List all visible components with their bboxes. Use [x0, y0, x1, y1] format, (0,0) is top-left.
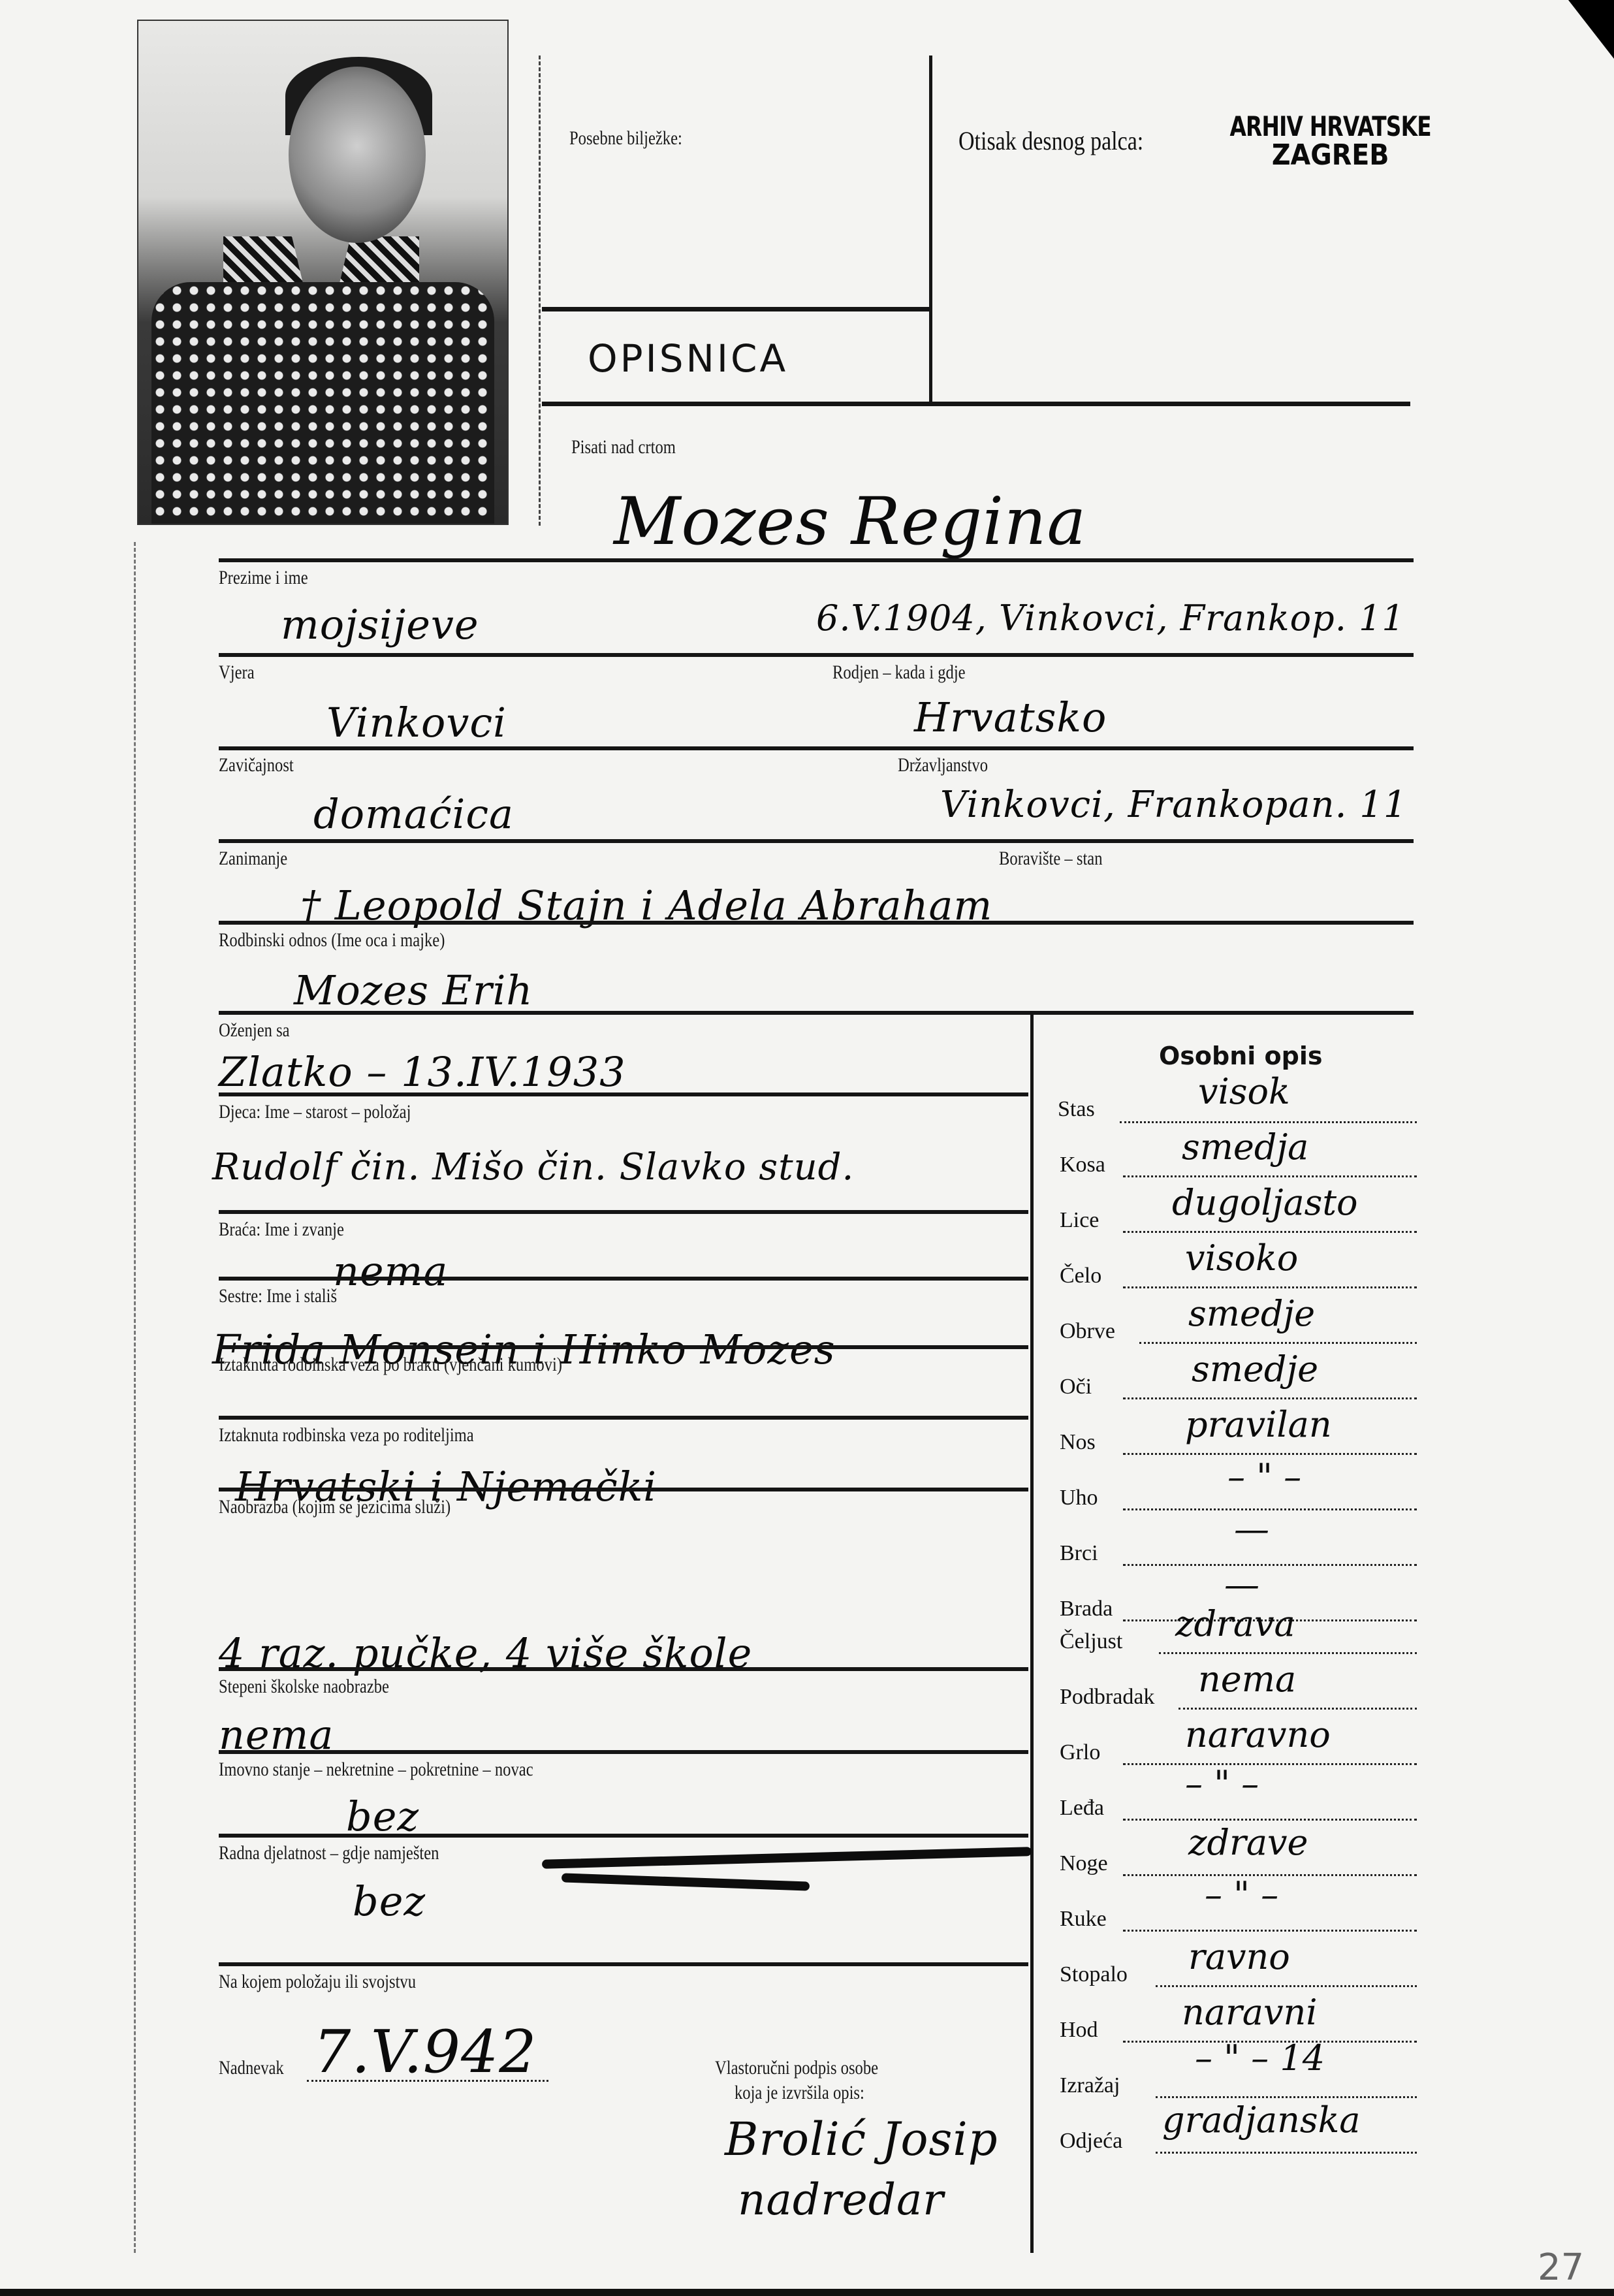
pd-dotted-line — [1159, 1652, 1417, 1654]
pd-value: — — [1234, 1508, 1269, 1550]
photo-dress — [151, 282, 494, 524]
rule — [219, 1962, 1028, 1966]
date-value: 7.V.942 — [313, 2018, 537, 2086]
pd-value: zdrava — [1175, 1603, 1295, 1644]
pd-dotted-line — [1156, 1985, 1417, 1987]
children-value: Zlatko – 13.IV.1933 — [219, 1048, 626, 1096]
occupation-value: domaćica — [313, 790, 514, 838]
signature-value-line2: nadredar — [738, 2175, 944, 2225]
document-title: OPISNICA — [588, 336, 788, 381]
pd-label: Noge — [1060, 1851, 1108, 1876]
pd-label: Ruke — [1060, 1907, 1107, 1932]
pd-value: ravno — [1188, 1936, 1290, 1977]
pd-dotted-line — [1156, 2152, 1417, 2154]
pd-value: smedja — [1182, 1126, 1308, 1168]
school-levels-label: Stepeni školske naobrazbe — [219, 1676, 389, 1698]
religion-value: mojsijeve — [281, 601, 479, 648]
rule — [219, 1011, 1414, 1015]
photo-box-border — [539, 56, 541, 526]
pd-label: Kosa — [1060, 1153, 1105, 1177]
pd-dotted-line — [1123, 1453, 1417, 1455]
pd-value: – " – — [1185, 1763, 1259, 1804]
pd-value: smedje — [1188, 1293, 1315, 1334]
notes-label: Posebne bilježke: — [569, 127, 682, 150]
pd-label: Obrve — [1060, 1319, 1115, 1344]
married-to-value: Mozes Erih — [294, 966, 533, 1014]
pd-value: nema — [1198, 1659, 1296, 1700]
rule — [219, 921, 1414, 925]
relation-parents-label: Iztaknuta rodbinska veza po roditeljima — [219, 1424, 474, 1446]
domicile-value: Vinkovci — [326, 699, 507, 746]
struck-out-text — [542, 1847, 1032, 1869]
rule — [219, 1667, 1028, 1671]
page-left-border — [134, 542, 136, 2253]
rule — [219, 1277, 1028, 1281]
property-label: Imovno stanje – nekretnine – pokretnine … — [219, 1759, 533, 1781]
pd-label: Uho — [1060, 1486, 1098, 1510]
thumbprint-label: Otisak desnog palca: — [958, 125, 1143, 156]
pd-value: zdrave — [1188, 1822, 1308, 1863]
header-divider — [929, 56, 932, 402]
children-label: Djeca: Ime – starost – položaj — [219, 1101, 411, 1123]
rule — [219, 1210, 1028, 1214]
rule — [219, 746, 1414, 750]
pd-dotted-line — [1139, 1342, 1417, 1344]
pd-dotted-line — [1123, 1819, 1417, 1821]
signature-label-line2: koja je izvršila opis: — [735, 2082, 864, 2104]
pd-label: Stopalo — [1060, 1962, 1128, 1987]
personal-description-divider — [1030, 1012, 1034, 2253]
born-label: Rodjen – kada i gdje — [832, 662, 966, 684]
pd-value: smedje — [1192, 1348, 1318, 1390]
residence-label: Boravište – stan — [999, 848, 1103, 870]
title-bottom-rule — [542, 402, 1410, 406]
pd-label: Lice — [1060, 1208, 1099, 1233]
pd-label: Hod — [1060, 2018, 1098, 2043]
pd-label: Izražaj — [1060, 2073, 1120, 2098]
education-languages-label: Naobrazba (kojim se jezicima služi) — [219, 1496, 451, 1518]
signature-label-line1: Vlastoručni podpis osobe — [715, 2057, 878, 2079]
pd-dotted-line — [1120, 1121, 1417, 1123]
rule — [219, 653, 1414, 657]
pd-value: gradjanska — [1162, 2099, 1361, 2141]
pd-label: Čeljust — [1060, 1629, 1122, 1654]
personal-description-heading: Osobni opis — [1159, 1042, 1323, 1070]
residence-value: Vinkovci, Frankopan. 11 — [940, 784, 1407, 826]
rule — [219, 839, 1414, 843]
pd-label: Leđa — [1060, 1796, 1104, 1821]
pd-label: Nos — [1060, 1430, 1096, 1455]
archive-stamp: ARHIV HRVATSKE ZAGREB — [1201, 112, 1459, 170]
pd-dotted-line — [1123, 1231, 1417, 1233]
stamp-line2: ZAGREB — [1214, 141, 1447, 170]
pd-label: Oči — [1060, 1375, 1092, 1399]
pd-dotted-line — [1179, 1708, 1417, 1710]
born-value: 6.V.1904, Vinkovci, Frankop. 11 — [816, 598, 1405, 639]
pd-value: naravno — [1185, 1714, 1331, 1755]
pd-value: – " – — [1227, 1456, 1301, 1497]
married-to-label: Oženjen sa — [219, 1019, 290, 1042]
occupation-label: Zanimanje — [219, 848, 287, 870]
religion-label: Vjera — [219, 662, 255, 684]
citizenship-label: Državljanstvo — [898, 754, 988, 776]
scan-corner — [1568, 0, 1614, 59]
pd-value: – " – — [1205, 1874, 1278, 1915]
brothers-label: Braća: Ime i zvanje — [219, 1219, 344, 1241]
surname-name-value: Mozes Regina — [614, 483, 1086, 560]
write-above-line-note: Pisati nad crtom — [571, 436, 676, 458]
work-label: Radna djelatnost – gdje namješten — [219, 1842, 439, 1864]
pd-value: visok — [1198, 1071, 1290, 1112]
pd-value: – " – 14 — [1195, 2037, 1325, 2079]
rule — [219, 1092, 1028, 1096]
pd-dotted-line — [1123, 1286, 1417, 1288]
pd-value: visoko — [1185, 1237, 1298, 1279]
notes-bottom-rule — [542, 307, 930, 311]
pd-label: Čelo — [1060, 1264, 1101, 1288]
rule — [219, 1750, 1028, 1754]
page-number: 27 — [1538, 2246, 1584, 2289]
pd-label: Stas — [1058, 1097, 1095, 1122]
pd-dotted-line — [1156, 2096, 1417, 2098]
pd-dotted-line — [1123, 1763, 1417, 1765]
surname-name-label: Prezime i ime — [219, 567, 308, 589]
pd-value: pravilan — [1185, 1404, 1332, 1445]
rule — [219, 1488, 1028, 1491]
scan-bottom-edge — [0, 2289, 1614, 2296]
signature-value-line1: Brolić Josip — [725, 2113, 998, 2166]
struck-out-text — [562, 1873, 810, 1890]
brothers-value: Rudolf čin. Mišo čin. Slavko stud. — [212, 1146, 854, 1188]
rule — [219, 1416, 1028, 1420]
pd-value: naravni — [1182, 1992, 1318, 2033]
position-label: Na kojem položaju ili svojstvu — [219, 1971, 416, 1993]
pd-dotted-line — [1123, 1175, 1417, 1177]
rule — [219, 558, 1414, 562]
pd-value: dugoljasto — [1172, 1182, 1358, 1223]
pd-label: Podbradak — [1060, 1685, 1154, 1710]
parents-label: Rodbinski odnos (Ime oca i majke) — [219, 929, 445, 951]
rule — [219, 1834, 1028, 1838]
pd-dotted-line — [1123, 1930, 1417, 1932]
photo-face — [289, 67, 426, 243]
pd-dotted-line — [1123, 1508, 1417, 1510]
sisters-value: nema — [333, 1247, 448, 1295]
portrait-photo — [137, 20, 509, 525]
rule — [219, 1345, 1028, 1349]
sisters-label: Sestre: Ime i stališ — [219, 1285, 337, 1307]
pd-label: Brci — [1060, 1541, 1098, 1566]
citizenship-value: Hrvatsko — [914, 694, 1107, 741]
position-value: bez — [353, 1877, 426, 1925]
date-label: Nadnevak — [219, 2057, 284, 2079]
pd-label: Grlo — [1060, 1740, 1100, 1765]
pd-label: Brada — [1060, 1597, 1113, 1621]
pd-label: Odjeća — [1060, 2129, 1122, 2154]
pd-value: — — [1224, 1564, 1259, 1605]
domicile-label: Zavičajnost — [219, 754, 294, 776]
pd-dotted-line — [1123, 1397, 1417, 1399]
stamp-line1: ARHIV HRVATSKE — [1229, 112, 1431, 141]
pd-dotted-line — [1123, 1564, 1417, 1566]
relation-marriage-label: Iztaknuta rodbinska veza po braku (vjenč… — [219, 1354, 562, 1376]
